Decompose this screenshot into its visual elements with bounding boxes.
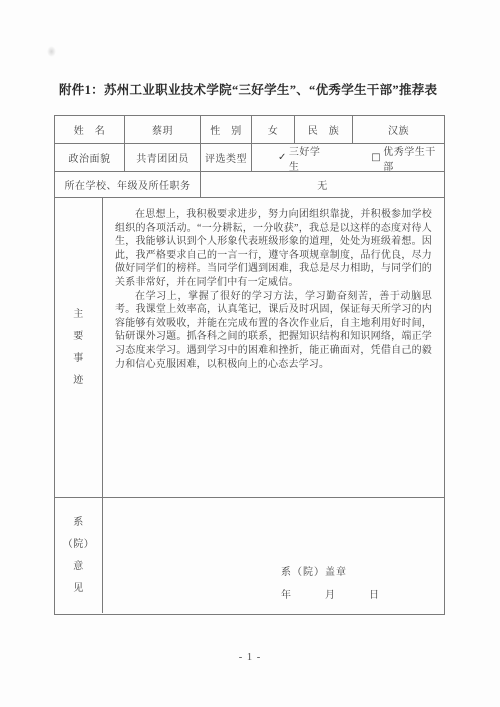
political-status-value: 共青团团员 [125,144,201,171]
gender-label: 性 别 [201,116,252,143]
department-opinion-label: 系 （院） 意 见 [55,498,103,613]
selection-type-label: 评选类型 [201,144,252,171]
option-sanhao-label: 三好学生 [289,143,329,173]
ethnicity-value: 汉族 [353,116,444,143]
department-opinion-area: 系（院）盖章 年 月 日 [103,498,444,613]
main-deeds-label: 主 要 事 迹 [55,198,103,497]
option-outstanding-label: 优秀学生干部 [383,143,444,173]
form-row-deeds: 主 要 事 迹 在思想上，我积极要求进步，努力向团组织靠拢，并积极参加学校组织的… [55,198,444,498]
document-title: 附件1：苏州工业职业技术学院“三好学生”、“优秀学生干部”推荐表 [59,80,451,98]
seal-and-date-block: 系（院）盖章 年 月 日 [281,561,380,607]
ethnicity-label: 民 族 [295,116,353,143]
seal-line: 系（院）盖章 [281,561,380,584]
document-page: 附件1：苏州工业职业技术学院“三好学生”、“优秀学生干部”推荐表 姓 名 蔡玥 … [0,0,500,707]
name-value: 蔡玥 [125,116,201,143]
option-sanhao-student: ✓ 三好学生 [278,143,329,173]
form-row-school: 所在学校、年级及所任职务 无 [55,172,444,198]
empty-checkbox-icon: □ [371,153,381,163]
gender-value: 女 [252,116,295,143]
selection-type-options: ✓ 三好学生 □ 优秀学生干部 [252,144,444,171]
page-number: - 1 - [0,652,500,663]
school-position-label: 所在学校、年级及所任职务 [55,172,201,197]
option-outstanding-cadre: □ 优秀学生干部 [371,143,444,173]
name-label: 姓 名 [55,116,125,143]
recommendation-form-table: 姓 名 蔡玥 性 别 女 民 族 汉族 政治面貌 共青团团员 评选类型 ✓ 三好… [54,115,445,615]
form-row-opinion: 系 （院） 意 见 系（院）盖章 年 月 日 [55,498,444,613]
smudge-mark [47,46,56,57]
form-row-political: 政治面貌 共青团团员 评选类型 ✓ 三好学生 □ 优秀学生干部 [55,144,444,172]
main-deeds-text: 在思想上，我积极要求进步，努力向团组织靠拢，并积极参加学校组织的各项活动。“一分… [103,198,444,497]
deeds-paragraph-study: 在学习上，掌握了很好的学习方法，学习勤奋刻苦，善于动脑思考。我课堂上效率高，认真… [115,290,432,372]
form-row-identity: 姓 名 蔡玥 性 别 女 民 族 汉族 [55,116,444,144]
school-position-value: 无 [201,172,444,197]
deeds-paragraph-thought: 在思想上，我积极要求进步，努力向团组织靠拢，并积极参加学校组织的各项活动。“一分… [115,208,432,290]
date-line: 年 月 日 [281,584,380,607]
checkmark-icon: ✓ [278,153,287,163]
political-status-label: 政治面貌 [55,144,125,171]
